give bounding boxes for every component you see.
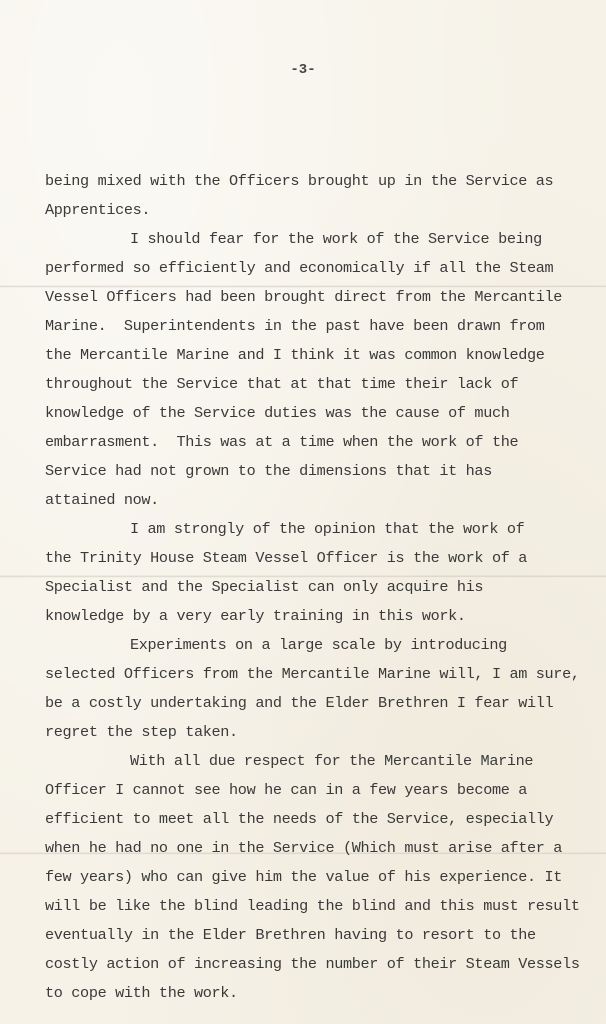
- text-line: be a costly undertaking and the Elder Br…: [45, 689, 595, 718]
- text-line: throughout the Service that at that time…: [45, 370, 595, 399]
- text-line: Officer I cannot see how he can in a few…: [45, 776, 595, 805]
- text-line: attained now.: [45, 486, 595, 515]
- text-line: knowledge of the Service duties was the …: [45, 399, 595, 428]
- text-line: knowledge by a very early training in th…: [45, 602, 595, 631]
- text-line: Vessel Officers had been brought direct …: [45, 283, 595, 312]
- text-line: Service had not grown to the dimensions …: [45, 457, 595, 486]
- text-line: Marine. Superintendents in the past have…: [45, 312, 595, 341]
- text-line: will be like the blind leading the blind…: [45, 892, 595, 921]
- text-line: Specialist and the Specialist can only a…: [45, 573, 595, 602]
- text-line: performed so efficiently and economicall…: [45, 254, 595, 283]
- text-line: embarrasment. This was at a time when th…: [45, 428, 595, 457]
- text-line: I should fear for the work of the Servic…: [45, 225, 595, 254]
- text-line: Experiments on a large scale by introduc…: [45, 631, 595, 660]
- text-line: when he had no one in the Service (Which…: [45, 834, 595, 863]
- page-number: -3-: [0, 62, 606, 78]
- text-line: the Mercantile Marine and I think it was…: [45, 341, 595, 370]
- text-line: few years) who can give him the value of…: [45, 863, 595, 892]
- text-line: efficient to meet all the needs of the S…: [45, 805, 595, 834]
- text-line: costly action of increasing the number o…: [45, 950, 595, 979]
- text-line: selected Officers from the Mercantile Ma…: [45, 660, 595, 689]
- text-line: being mixed with the Officers brought up…: [45, 167, 595, 196]
- text-line: to cope with the work.: [45, 979, 595, 1008]
- text-line: eventually in the Elder Brethren having …: [45, 921, 595, 950]
- document-page: -3- being mixed with the Officers brough…: [0, 0, 606, 1024]
- text-line: I am strongly of the opinion that the wo…: [45, 515, 595, 544]
- text-line: regret the step taken.: [45, 718, 595, 747]
- text-line: With all due respect for the Mercantile …: [45, 747, 595, 776]
- typed-letter-body: being mixed with the Officers brought up…: [45, 167, 595, 1008]
- text-line: Apprentices.: [45, 196, 595, 225]
- text-line: the Trinity House Steam Vessel Officer i…: [45, 544, 595, 573]
